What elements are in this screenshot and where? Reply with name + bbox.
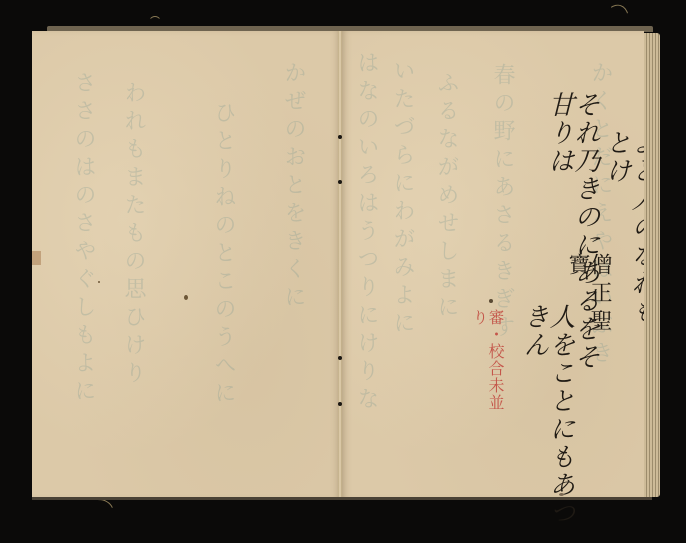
paper-stain: [559, 493, 564, 496]
bleed-through-text: かぜのおとをきくに: [282, 61, 304, 441]
bleed-through-text: ふるながめせしまに: [435, 71, 457, 491]
paper-stain: [489, 299, 493, 303]
page-stack-fore-edge: [644, 33, 660, 497]
bleed-through-text: はなのいろはうつりにけりな: [355, 51, 377, 471]
paper-stain: [184, 295, 188, 300]
binding-stitch-hole: [338, 356, 342, 360]
binding-stitch-hole: [338, 135, 342, 139]
red-annotation: 審・校合未並り: [471, 309, 503, 419]
paper-tab-mark: [32, 251, 41, 265]
poem-column-3: 人をことにもあつきん: [521, 303, 573, 543]
bleed-through-text: ささのはのさやぐしもよに: [72, 71, 94, 451]
binding-stitch-hole: [338, 180, 342, 184]
bleed-through-text: いたづらにわがみよに: [391, 59, 413, 479]
bleed-through-text: われもまたもの思ひけり: [122, 81, 144, 461]
book-gutter: [338, 31, 342, 499]
bleed-through-text: ひとりねのとこのうへに: [212, 101, 234, 481]
paper-stain: [98, 281, 100, 283]
left-page: ささのはのさやぐしもよに われもまたもの思ひけり ひとりねのとこのうへに かぜの…: [32, 31, 341, 499]
bleed-through-text: 春の野にあさるきぎす: [491, 63, 513, 483]
book-bottom-edge: [32, 497, 652, 500]
right-page: はなのいろはうつりにけりな いたづらにわがみよに ふるながめせしまに 春の野にあ…: [341, 31, 644, 499]
open-manuscript-book: ささのはのさやぐしもよに われもまたもの思ひけり ひとりねのとこのうへに かぜの…: [0, 0, 686, 543]
binding-stitch-hole: [338, 402, 342, 406]
